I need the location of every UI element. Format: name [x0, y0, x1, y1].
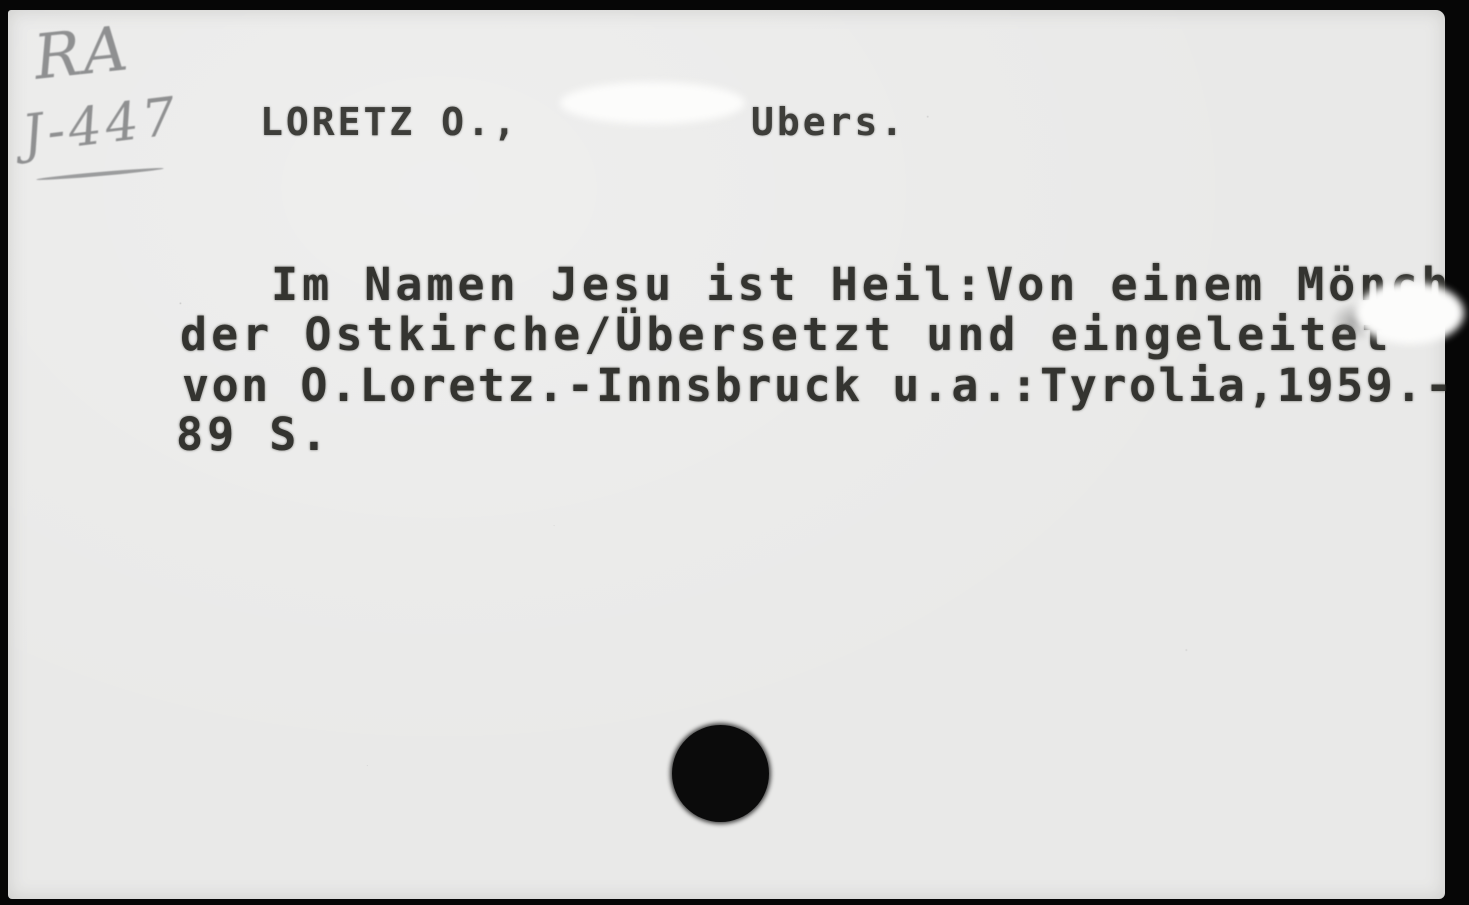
erased-patch-line2 [1356, 282, 1464, 344]
handwritten-shelfmark-line2: J-447 [19, 87, 183, 166]
erased-patch-heading [560, 82, 745, 124]
body-line-3: von O.Loretz.-Innsbruck u.a.:Tyrolia,195… [182, 359, 1454, 412]
heading-role: Ubers. [751, 100, 906, 144]
handwritten-shelfmark-line1: RA [30, 11, 133, 94]
catalog-card: RA J-447 LORETZ O., Ubers. Im Namen Jesu… [8, 10, 1445, 899]
body-line-1: Im Namen Jesu ist Heil:Von einem Mönch [271, 258, 1453, 311]
scanner-background: { "card": { "background_color": "#e9e9e8… [0, 0, 1469, 905]
punch-hole [672, 725, 769, 822]
body-line-4: 89 S. [176, 408, 331, 461]
heading-author: LORETZ O., [260, 100, 519, 144]
handwritten-underline [36, 166, 164, 181]
body-line-2: der Ostkirche/Übersetzt und eingeleitet [180, 308, 1393, 361]
